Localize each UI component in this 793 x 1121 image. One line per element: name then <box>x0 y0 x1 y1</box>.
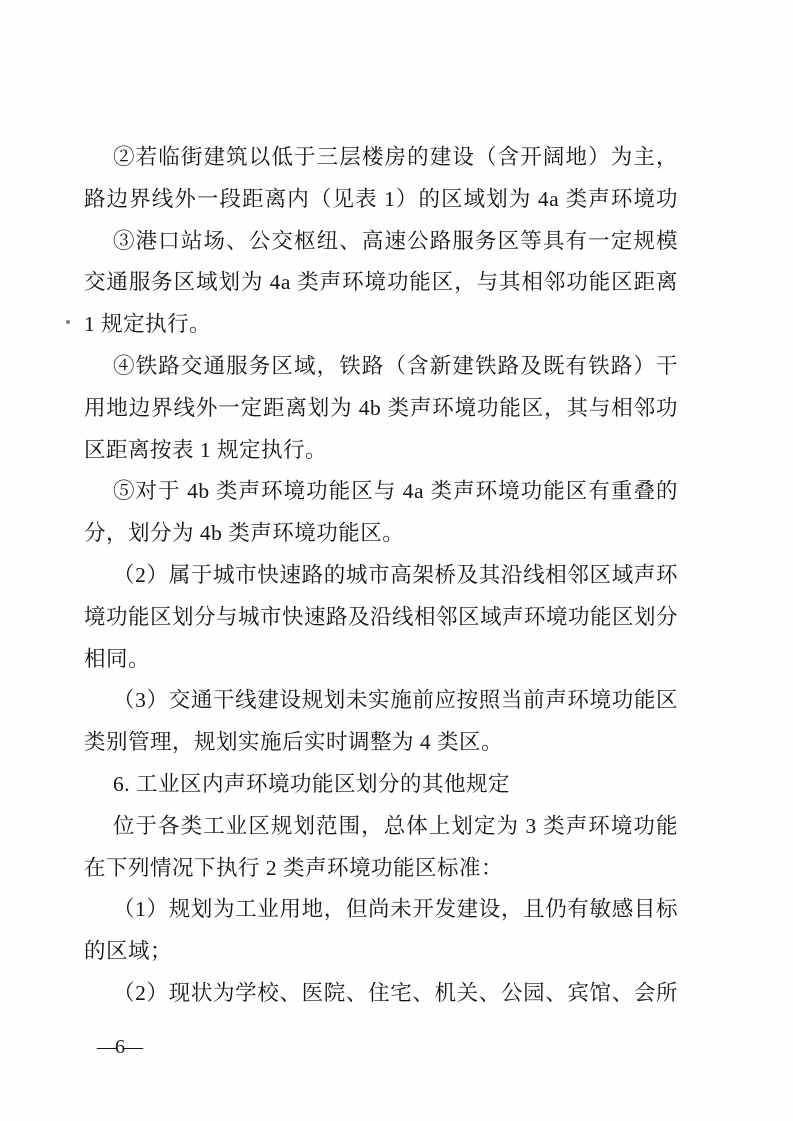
text-line: ⑤对于 4b 类声环境功能区与 4a 类声环境功能区有重叠的部 <box>84 471 678 513</box>
text-line: 区距离按表 1 规定执行。 <box>84 430 678 472</box>
document-page: ②若临街建筑以低于三层楼房的建设（含开阔地）为主，道 路边界线外一段距离内（见表… <box>0 0 793 1121</box>
text-line: 的区域； <box>84 931 678 973</box>
scan-artifact <box>66 320 70 324</box>
text-line: 用地边界线外一定距离划为 4b 类声环境功能区，其与相邻功能 <box>84 388 678 430</box>
text-line: ④铁路交通服务区域，铁路（含新建铁路及既有铁路）干线 <box>84 346 678 388</box>
text-line: 相同。 <box>84 639 678 681</box>
text-line: 路边界线外一段距离内（见表 1）的区域划为 4a 类声环境功能区。 <box>84 179 678 221</box>
text-line: （2）属于城市快速路的城市高架桥及其沿线相邻区域声环 <box>84 555 678 597</box>
text-line: （3）交通干线建设规划未实施前应按照当前声环境功能区 <box>84 680 678 722</box>
text-line: 位于各类工业区规划范围，总体上划定为 3 类声环境功能区， <box>84 806 678 848</box>
text-line: ②若临街建筑以低于三层楼房的建设（含开阔地）为主，道 <box>84 137 678 179</box>
text-line: 交通服务区域划为 4a 类声环境功能区，与其相邻功能区距离按表 <box>84 262 678 304</box>
text-line: ③港口站场、公交枢纽、高速公路服务区等具有一定规模的 <box>84 221 678 263</box>
text-line: 类别管理，规划实施后实时调整为 4 类区。 <box>84 722 678 764</box>
page-number: —6— <box>97 1036 141 1059</box>
text-line: （2）现状为学校、医院、住宅、机关、公园、宾馆、会所 <box>84 973 678 1015</box>
section-heading: 6. 工业区内声环境功能区划分的其他规定 <box>84 764 678 806</box>
text-line: 在下列情况下执行 2 类声环境功能区标准： <box>84 848 678 890</box>
text-line: 1 规定执行。 <box>84 304 678 346</box>
document-body: ②若临街建筑以低于三层楼房的建设（含开阔地）为主，道 路边界线外一段距离内（见表… <box>84 137 678 1015</box>
text-line: 境功能区划分与城市快速路及沿线相邻区域声环境功能区划分 <box>84 597 678 639</box>
text-line: （1）规划为工业用地，但尚未开发建设，且仍有敏感目标 <box>84 889 678 931</box>
text-line: 分，划分为 4b 类声环境功能区。 <box>84 513 678 555</box>
